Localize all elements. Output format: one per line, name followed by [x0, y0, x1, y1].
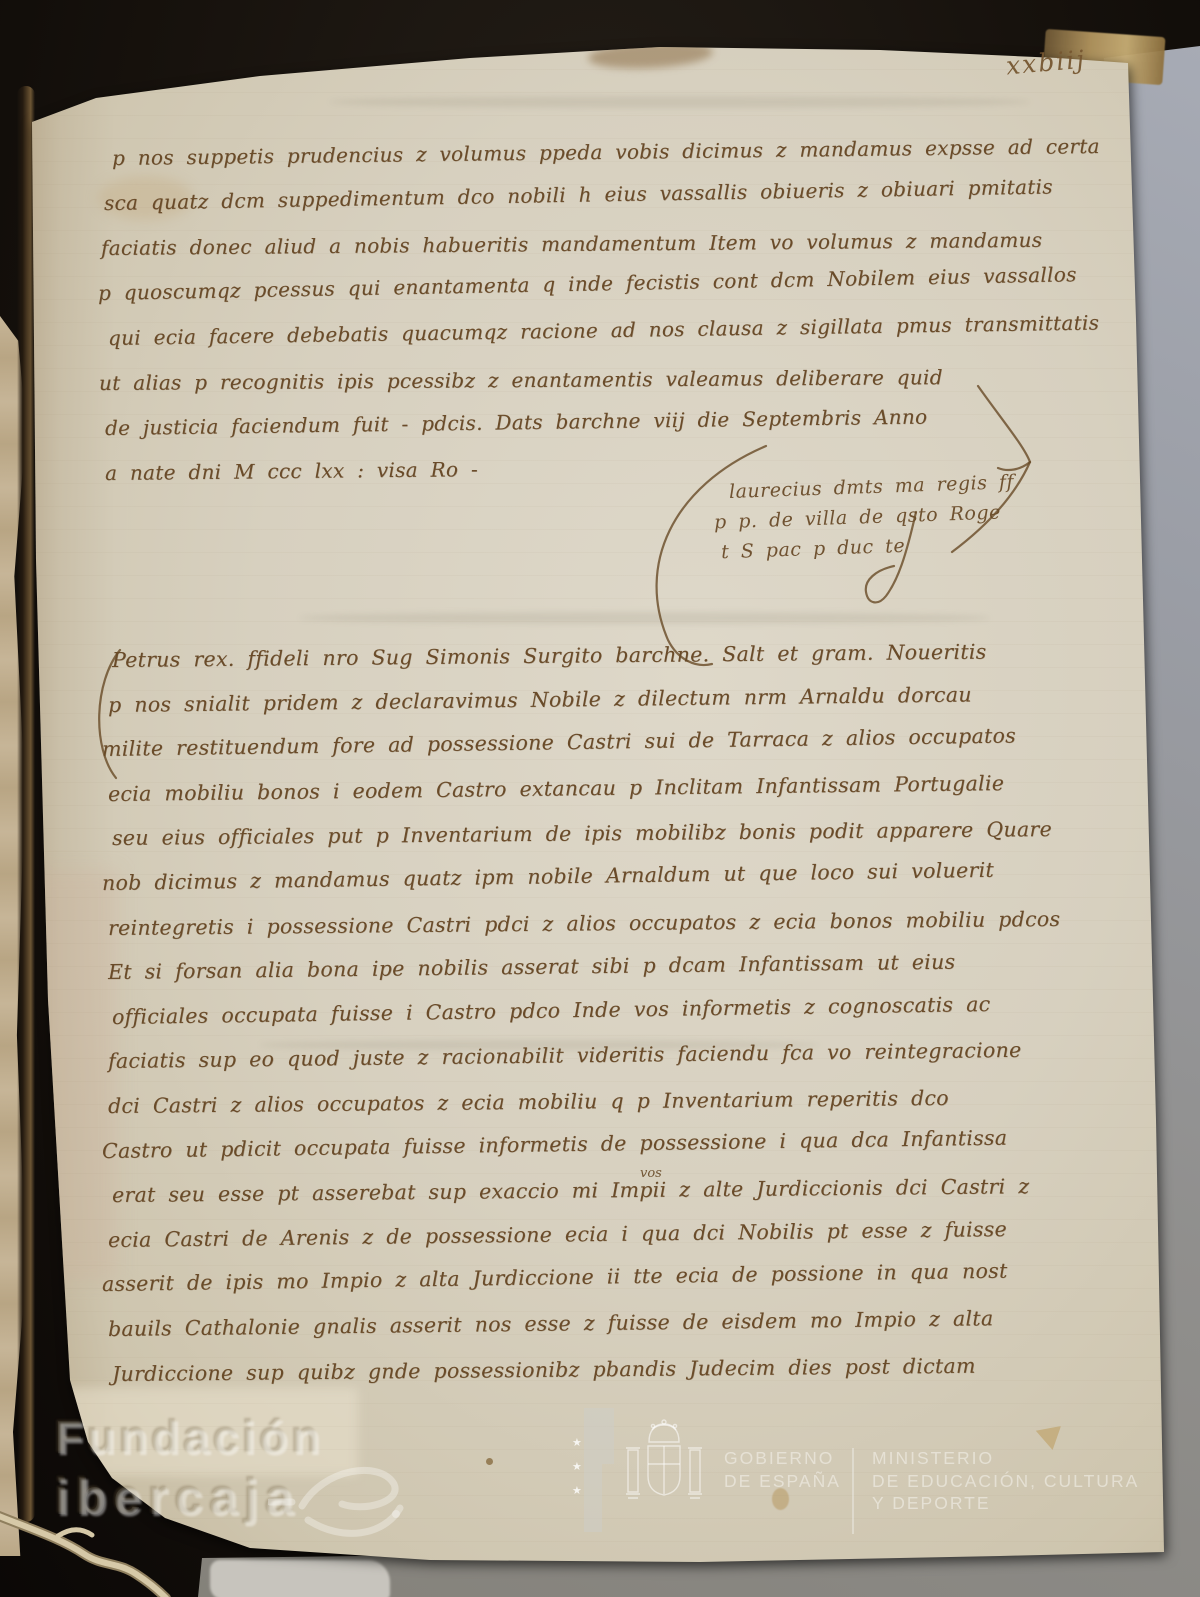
ibercaja-swirl-icon	[268, 1452, 408, 1547]
page-stain	[486, 1458, 493, 1465]
eu-flag-bar-icon	[584, 1408, 614, 1464]
superscript-correction: vos	[640, 1166, 662, 1181]
watermark-text: DE ESPAÑA	[724, 1470, 841, 1493]
watermark-text: MINISTERIO	[872, 1447, 1139, 1470]
paragraph-1: p nos suppetis prudencius z volumus pped…	[112, 136, 1100, 496]
text-line: Jurdiccione sup quibz gnde possessionibz…	[112, 1342, 1061, 1396]
paragraph-2: Petrus rex. ffideli nro Sug Simonis Surg…	[108, 638, 1060, 1396]
watermark-divider	[852, 1448, 854, 1534]
star-icon: ★	[572, 1484, 582, 1497]
ink-bleedthrough	[300, 612, 990, 624]
watermark-ministerio: MINISTERIO DE EDUCACIÓN, CULTURA Y DEPOR…	[872, 1447, 1139, 1515]
spain-coat-of-arms-icon	[616, 1418, 712, 1522]
ink-bleedthrough	[330, 96, 1030, 108]
star-icon: ★	[572, 1460, 582, 1473]
watermark-text: DE EDUCACIÓN, CULTURA	[872, 1470, 1139, 1493]
watermark-text: Y DEPORTE	[872, 1492, 1139, 1515]
watermark-text: GOBIERNO	[724, 1447, 841, 1470]
signature-block: laurecius dmts ma regis ff p p. de villa…	[729, 467, 1017, 567]
page-repair-patch	[34, 870, 118, 1280]
manuscript-photo: xxbiij p nos suppetis prudencius z volum…	[0, 0, 1200, 1597]
star-icon: ★	[572, 1436, 582, 1449]
eu-flag-bar-icon	[584, 1464, 602, 1532]
page-stain	[587, 39, 713, 72]
watermark-gobierno: GOBIERNO DE ESPAÑA	[724, 1447, 841, 1492]
